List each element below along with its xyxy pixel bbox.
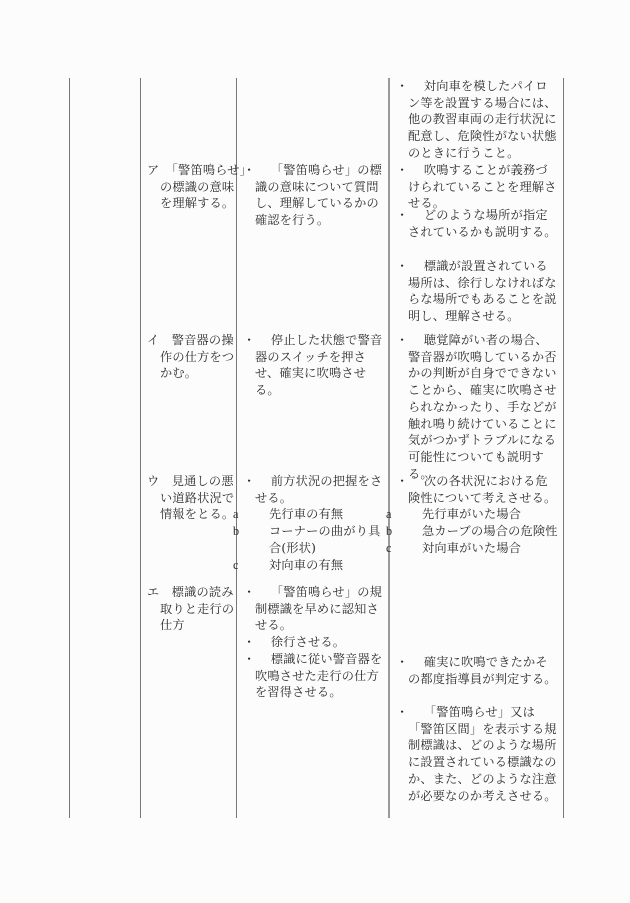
sub-list: a先行車がいた場合 b急カーブの場合の危険性 c対向車がいた場合 <box>396 506 558 556</box>
bullet-icon: ・ <box>396 654 408 671</box>
notes-cell: ・ 確実に吹鳴できたかその都度指導員が判定する。 <box>396 654 558 687</box>
note-item: ・ どのような場所が指定されているかも説明する。 <box>396 207 558 240</box>
notes-cell: ・ 次の各状況における危険性について考えさせる。 a先行車がいた場合 b急カーブ… <box>396 473 558 557</box>
bullet-icon: ・ <box>243 473 255 490</box>
method-item: ・ 徐行させる。 <box>243 634 384 651</box>
note-item: ・ 次の各状況における危険性について考えさせる。 <box>396 473 558 506</box>
note-item: ・ 標識が設置されている場所は、徐行しなければならな場所でもあることを説明し、理… <box>396 258 558 325</box>
notes-cell: ・ 標識が設置されている場所は、徐行しなければならな場所でもあることを説明し、理… <box>396 258 558 325</box>
column-divider-3 <box>388 78 390 818</box>
sub-list: a先行車の有無 bコーナーの曲がり具合(形状) c対向車の有無 <box>243 506 384 573</box>
sub-item: b急カーブの場合の危険性 <box>404 523 558 540</box>
method-cell: ・ 停止した状態で警音器のスイッチを押させ、確実に吹鳴させる。 <box>243 332 384 399</box>
sub-item: a先行車の有無 <box>251 506 384 523</box>
goal-cell: エ 標識の読み取りと走行の仕方 <box>147 584 246 634</box>
bullet-icon: ・ <box>396 332 408 349</box>
sub-item: c対向車がいた場合 <box>404 540 558 557</box>
method-cell: ・ 「警笛鳴らせ」の標識の意味について質問し、理解しているかの確認を行う。 <box>243 162 384 229</box>
bullet-icon: ・ <box>396 78 408 95</box>
notes-cell: ・ 聴覚障がい者の場合、警音器が吹鳴しているか否かの判断が自身でできないことから… <box>396 332 558 482</box>
notes-cell: ・ 対向車を模したパイロン等を設置する場合には、他の教習車両の走行状況に配意し、… <box>396 78 558 162</box>
bullet-icon: ・ <box>243 634 255 651</box>
bullet-icon: ・ <box>396 704 408 721</box>
note-item: ・ 「警笛鳴らせ」又は「警笛区間」を表示する規制標識は、どのような場所に設置され… <box>396 704 558 804</box>
goal-cell: イ 警音器の操作の仕方をつかむ。 <box>147 332 246 382</box>
note-item: ・ 確実に吹鳴できたかその都度指導員が判定する。 <box>396 654 558 687</box>
notes-cell: ・ 「警笛鳴らせ」又は「警笛区間」を表示する規制標識は、どのような場所に設置され… <box>396 704 558 804</box>
method-item: ・ 前方状況の把握をさせる。 <box>243 473 384 506</box>
method-item: ・ 停止した状態で警音器のスイッチを押させ、確実に吹鳴させる。 <box>243 332 384 399</box>
method-item: ・ 標識に従い警音器を吹鳴させた走行の仕方を習得させる。 <box>243 651 384 701</box>
goal-cell: ウ 見通しの悪い道路状況で情報をとる。 <box>147 473 246 523</box>
notes-cell: ・ 吹鳴することが義務づけられていることを理解させる。 <box>396 162 558 212</box>
column-divider-1 <box>140 78 141 818</box>
sub-item: a先行車がいた場合 <box>404 506 558 523</box>
bullet-icon: ・ <box>243 584 255 601</box>
method-cell: ・ 前方状況の把握をさせる。 a先行車の有無 bコーナーの曲がり具合(形状) c… <box>243 473 384 573</box>
bullet-icon: ・ <box>243 651 255 668</box>
bullet-icon: ・ <box>243 162 255 179</box>
notes-cell: ・ どのような場所が指定されているかも説明する。 <box>396 207 558 240</box>
bullet-icon: ・ <box>396 258 408 275</box>
bullet-icon: ・ <box>396 207 408 224</box>
bullet-icon: ・ <box>243 332 255 349</box>
method-item: ・ 「警笛鳴らせ」の規制標識を早めに認知させる。 <box>243 584 384 634</box>
goal-cell: ア 「警笛鳴らせ」の標識の意味を理解する。 <box>147 162 246 212</box>
table-border-right <box>563 78 564 818</box>
table-border-left <box>69 78 70 818</box>
bullet-icon: ・ <box>396 473 408 490</box>
note-item: ・ 聴覚障がい者の場合、警音器が吹鳴しているか否かの判断が自身でできないことから… <box>396 332 558 482</box>
sub-item: c対向車の有無 <box>251 557 384 574</box>
note-item: ・ 吹鳴することが義務づけられていることを理解させる。 <box>396 162 558 212</box>
sub-item: bコーナーの曲がり具合(形状) <box>251 523 384 556</box>
method-cell: ・ 「警笛鳴らせ」の規制標識を早めに認知させる。 ・ 徐行させる。 ・ 標識に従… <box>243 584 384 701</box>
method-item: ・ 「警笛鳴らせ」の標識の意味について質問し、理解しているかの確認を行う。 <box>243 162 384 229</box>
note-item: ・ 対向車を模したパイロン等を設置する場合には、他の教習車両の走行状況に配意し、… <box>396 78 558 162</box>
bullet-icon: ・ <box>396 162 408 179</box>
